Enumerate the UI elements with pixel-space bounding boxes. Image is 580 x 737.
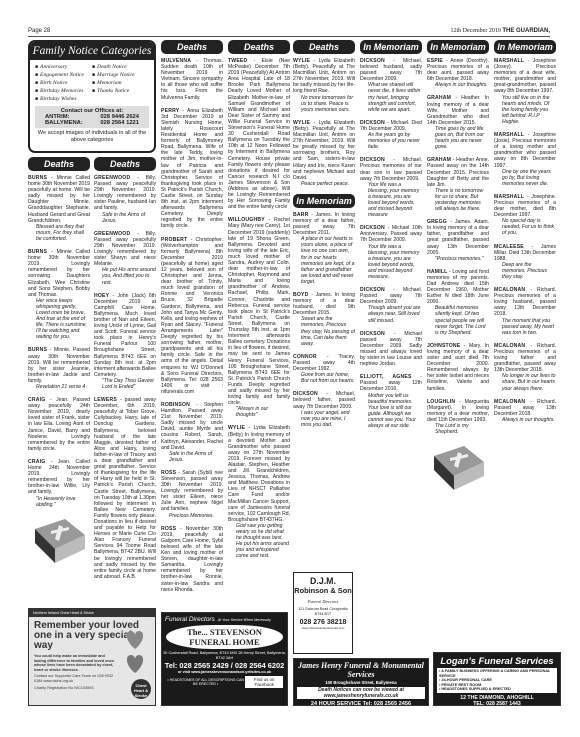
family-notice-categories: Family Notice Categories Anniversary Dea…	[28, 40, 156, 153]
notice-verse: Your life was a blessing, your memory a …	[360, 182, 422, 219]
section-heading: In Memoriam	[494, 40, 556, 54]
notice-text: - Michael passed away 7th December 2009.…	[360, 331, 422, 367]
ad-services: • A FAMILY BUSINESS OFFERING A CARING AN…	[437, 668, 557, 693]
notice-verse: No longer in our lives to share, But in …	[494, 373, 556, 391]
notice-verse: Always in our thoughts.	[494, 417, 556, 423]
notice: MCALEESE - James Millar. Died 13th Decem…	[494, 244, 556, 281]
notice: DICKSON - Michael, beloved husband, sadl…	[360, 58, 422, 113]
notice-name: DICKSON	[360, 157, 385, 163]
notice-text: - Loving and fond memories of my parents…	[427, 269, 489, 305]
ad-subtitle: Funeral Directors	[294, 599, 352, 604]
notice-name: CONNOR	[293, 354, 317, 360]
notice: ESPIE - Annie (Dorothy). Precious memori…	[427, 58, 489, 88]
notice-column: In MemoriamMARSHALL - Josephine (Josey).…	[494, 40, 556, 430]
notice-text: - Sarah (Sybil) nee Stevenson, passed aw…	[161, 470, 223, 513]
notice-verse: "Precious memories."	[427, 256, 489, 262]
images-note: We accept images of individuals in all o…	[30, 130, 154, 143]
notice-verse: I was your angel, and now you are mine, …	[293, 410, 355, 428]
notice-name: GRAHAM	[427, 157, 451, 163]
notice-verse: One by one the years go by, But loving m…	[494, 169, 556, 187]
notice-verse: Safe in the Arms of Jesus.	[94, 212, 156, 224]
notice-verse: Peace perfect peace.	[293, 181, 355, 187]
notice-name: CRAIG	[28, 459, 45, 465]
notice: MARSHALL - Josephine (Josie). Precious m…	[494, 132, 556, 187]
ad-phone: 028 276 38218	[294, 619, 352, 626]
contact-box: Contact our Offices at: ANTRIM:028 9446 …	[35, 106, 149, 128]
notice-verse: Precious Memories.	[161, 513, 223, 519]
notice: HOEY - John (Jack) 6th December 2019 at …	[94, 293, 156, 391]
notice-text: - Lydia Elizabeth (Betty). Peacefully at…	[293, 58, 355, 94]
ad-phone: 24 HOUR SERVICE Tel: 028 2565 2456	[294, 701, 428, 706]
notice-name: DICKSON	[360, 225, 385, 231]
notice-verse: There is no tomorrow for us to share, Bu…	[427, 188, 489, 212]
notice-text: - Mary. In loving memory of a dear siste…	[427, 343, 489, 392]
ad-name: Logan's Funeral Services	[434, 655, 560, 666]
bible-cross-icon	[29, 515, 89, 567]
notice-column: In MemoriamDICKSON - Michael, beloved hu…	[360, 40, 422, 436]
section-heading: Deaths	[293, 40, 355, 54]
notice: MCALONAN - Richard. Precious memories of…	[494, 287, 556, 336]
facebook-icon: Find us on Facebook	[245, 676, 283, 688]
notice-column: DeathsTWEED - Elsie (Nee McPeake) Decemb…	[228, 40, 290, 567]
notice-name: ROSS	[161, 470, 176, 476]
notice-text: - Anna Elizabeth 3rd December 2019 at Sl…	[161, 108, 223, 230]
notice-text: - Elsie (Nee McPeake) December 7th 2019 …	[228, 58, 290, 210]
notice: GREENWOOD - Billy. Passed away peacefull…	[94, 231, 156, 286]
page-header: Page 28 12th December 2019 THE GUARDIAN,	[28, 28, 550, 37]
notice-name: GREENWOOD	[94, 175, 130, 181]
notice-name: WYLIE	[293, 58, 310, 64]
section-heading: Deaths	[94, 157, 156, 171]
notice-text: - Christopher. (Wolverhampton and former…	[161, 237, 223, 395]
category-item: Marriage Notice	[92, 72, 149, 79]
category-item: Thanks Notice	[92, 88, 149, 95]
section-heading: In Memoriam	[360, 40, 422, 54]
notice: MARSHALL - Josephine (Josey). Precious m…	[494, 58, 556, 125]
notice: GRAHAM - Heather. In loving memory of a …	[427, 95, 489, 150]
notice: TWEED - Elsie (Nee McPeake) December 7th…	[228, 58, 290, 210]
ad-tagline: At Your Service When Necessary	[218, 618, 271, 622]
notice-column: DeathsMULVENNA - Thomas. Sudden death 10…	[161, 40, 223, 600]
notice-verse: Her voice keeps whispering gently, Loved…	[28, 298, 90, 341]
notice: GRAHAM - Heather Anne. Passed away on th…	[427, 157, 489, 212]
notice: DICKSON - Michael. Passed away 7th Decem…	[360, 287, 422, 324]
notice: GREGG - James. Adam. In loving memory of…	[427, 219, 489, 262]
notice-text: - November 30th 2019, peacefully at Galg…	[161, 526, 223, 593]
notice-name: DICKSON	[293, 391, 318, 397]
ad-name: FUNERAL HOME	[166, 637, 283, 647]
ad-name: James Henry Funeral & Monumental Service…	[294, 661, 428, 679]
page-number: Page 28	[28, 28, 50, 34]
masthead: 12th December 2019 THE GUARDIAN,	[451, 28, 551, 34]
notice-name: HOEY	[94, 293, 109, 299]
notice: HAMILL - Loving and fond memories of my …	[427, 269, 489, 336]
category-item: Engagement Notice	[35, 72, 92, 79]
notice: BURNS - Minnie Called home 30th November…	[28, 175, 90, 242]
category-item: Birth Notice	[35, 80, 92, 87]
notice: GREENWOOD - Billy. Passed away peacefull…	[94, 175, 156, 224]
ad-name: Robinson & Son	[294, 586, 352, 595]
notice-name: BARR	[293, 212, 309, 218]
notice-name: ROSS	[161, 526, 176, 532]
notice-text: - Josephine (Josey). Precious memories o…	[494, 58, 556, 94]
notice: DICKSON - Michael. Died 7th December 200…	[360, 120, 422, 150]
logans-funeral-ad: Logan's Funeral Services • A FAMILY BUSI…	[433, 652, 561, 706]
section-heading: Deaths	[28, 157, 90, 171]
notice-name: MCALONAN	[494, 399, 525, 405]
notice: WYLIE - Lydia Elizabeth (Betty). Peacefu…	[293, 120, 355, 187]
notice-text: - Rachel Mary (Mary nee Carey), 1st Dece…	[228, 217, 290, 406]
notice-name: ESPIE	[427, 58, 443, 64]
notice-text: - Lydia Elizabeth (Betty) In loving memo…	[228, 425, 290, 522]
notice-text: - Lydia Elizabeth (Betty). Peacefully at…	[293, 120, 355, 181]
service-line: • HEADSTONES SUPPLIED & ERECTED	[439, 687, 555, 692]
notice-verse: The Lord is my Shepherd.	[427, 423, 489, 435]
notice-column: DeathsWYLIE - Lydia Elizabeth (Betty). P…	[293, 40, 355, 435]
notice: MARSHALL - Josephine. Precious memories …	[494, 194, 556, 237]
notice-name: GRAHAM	[427, 95, 451, 101]
notice: BURNS - Minnie Called home 30th November…	[28, 249, 90, 340]
section-heading: In Memoriam	[293, 194, 355, 208]
ad-address: 100 Broughshane Street, Ballymena	[294, 680, 428, 685]
notice: PERRY - Anna Elizabeth 3rd December 2019…	[161, 108, 223, 230]
notice-name: MCALEESE	[494, 244, 524, 250]
categories-title: Family Notice Categories	[30, 42, 154, 60]
category-item: Birthday Memories	[35, 88, 92, 95]
notice: BOYD - James. In loving memory of a dear…	[293, 292, 355, 347]
ad-address: 121 Galcrum Road Cloughmills BT44 9DT	[294, 607, 352, 616]
notice-verse: Revelation 21 verse 4	[28, 384, 90, 390]
notice-verse: Though absent you are always near, Still…	[360, 305, 422, 323]
notice-name: DICKSON	[360, 331, 385, 337]
notice: WILLOUGHBY - Rachel Mary (Mary nee Carey…	[228, 217, 290, 418]
ad-address: 30 Cushendall Road, Ballymena, BT43 6HD …	[162, 651, 287, 660]
ad-website: Death Notices can now be viewed at www.j…	[297, 687, 425, 699]
notice-text: - John (Jack) 6th December 2019 at Camph…	[94, 293, 156, 378]
notice-verse: What we shared will never die, it lives …	[360, 82, 422, 112]
notice: MCALONAN - Richard. Passed away 13th Dec…	[494, 399, 556, 423]
ad-phone: Tel: 028 2565 2429 / 028 2564 6202	[162, 661, 287, 670]
notice: ROSS - November 30th 2019, peacefully at…	[161, 526, 223, 593]
ad-website: or visit www.jamesstevensonandson.yellsi…	[162, 670, 287, 674]
notice-name: PROBERT	[161, 237, 187, 243]
notice: WYLIE - Lydia Elizabeth (Betty) In lovin…	[228, 425, 290, 559]
office-row: BALLYMENA:028 2564 1221	[41, 120, 143, 126]
notice-name: BURNS	[28, 249, 47, 255]
notice-text: - passed away December, 6th 2019, peacef…	[94, 397, 156, 580]
djm-robinson-ad: D.J.M. Robinson & Son Funeral Directors …	[293, 572, 353, 654]
notice: CRAIG - Jean. Called Home 24th November …	[28, 459, 90, 508]
office-phone: 028 2564 1221	[100, 120, 139, 126]
notice-name: LEWERS	[94, 397, 117, 403]
notice-verse: A place in our hearts is yours alone, a …	[293, 236, 355, 285]
notice: ELLIOTT, AGNES - Passed away 12th Decemb…	[360, 374, 422, 429]
notice-verse: Your life was a blessing, your memory a …	[360, 244, 422, 281]
notice-text: - James. Adam. In loving memory of a dea…	[427, 219, 489, 255]
notice-verse: Always in our thoughts.	[427, 82, 489, 88]
notice-name: BURNS	[28, 347, 47, 353]
notice-name: TWEED	[228, 58, 247, 64]
ad-label: Funeral DirectorsAt Your Service When Ne…	[162, 613, 287, 625]
section-heading: Deaths	[228, 40, 290, 54]
issue-date: 12th December 2019	[451, 28, 501, 34]
notice-name: PERRY	[161, 108, 179, 114]
notice: CONNOR - Tracey. Passed away 4th Decembe…	[293, 354, 355, 384]
notice-name: WYLIE	[293, 120, 310, 126]
notice: DICKSON - Michael. Precious memories of …	[360, 157, 422, 218]
notice-text: - Jean. Called Home 24th November 2019. …	[28, 459, 90, 495]
notice-column: In MemoriamESPIE - Annie (Dorothy). Prec…	[427, 40, 489, 494]
notice-verse: No more tomorrows for us to share. Peace…	[293, 95, 355, 113]
ad-name-oval: The... STEVENSONFUNERAL HOME	[166, 625, 283, 649]
notice-verse: You still live on in the hearts and mind…	[494, 95, 556, 125]
category-item: Death Notice	[92, 64, 149, 71]
category-list: Anniversary Death Notice Engagement Noti…	[30, 60, 154, 103]
notice-verse: As the years go by memories of you never…	[360, 132, 422, 150]
notice-verse: Mother you left us beautiful memories. Y…	[360, 393, 422, 430]
ad-org: Northern Ireland Chest Heart & Stroke	[29, 609, 155, 617]
notice: DICKSON - Michael 10th Anniversary. Pass…	[360, 225, 422, 280]
notice-verse: No special day is needed, For us to thin…	[494, 218, 556, 236]
notice-name: GREGG	[427, 219, 447, 225]
notice-verse: "Always in our thoughts"	[228, 406, 290, 418]
chs-logo: Chest Heart & Stroke	[131, 679, 151, 699]
notice-name: WILLOUGHBY	[228, 217, 265, 223]
notice-name: MARSHALL	[494, 58, 524, 64]
headstones-note: • HEADSTONES OF ALL DESCRIPTIONS CAN BE …	[166, 678, 245, 686]
notice-name: WYLIE	[228, 425, 245, 431]
notice-verse: Safe in the Arms of Jesus.	[161, 451, 223, 463]
ad-name: The... STEVENSON	[166, 627, 283, 637]
notice-verse: God saw you getting weary so he did what…	[228, 523, 290, 560]
notice-name: CRAIG	[28, 397, 45, 403]
hearts-icon	[121, 627, 149, 677]
notice: LEWERS - passed away December, 6th 2019,…	[94, 397, 156, 580]
ad-body: You could help make an immediate and las…	[34, 654, 115, 672]
notice: ROBINSON - Stephen Hamilton. Passed away…	[161, 402, 223, 463]
stevenson-funeral-home-ad: Funeral DirectorsAt Your Service When Ne…	[161, 612, 288, 706]
notice-verse: Time goes by and life goes on, But from …	[427, 126, 489, 150]
notice-name: GREENWOOD	[94, 231, 130, 237]
category-item: Memoriam	[92, 80, 149, 87]
office-name: BALLYMENA:	[45, 120, 83, 126]
notice-name: HAMILL	[427, 269, 447, 275]
chest-heart-stroke-ad: Northern Ireland Chest Heart & Stroke Re…	[28, 608, 156, 706]
notice-verse: Sweet are the memories, Precious they st…	[293, 316, 355, 346]
notice-name: BURNS	[28, 175, 47, 181]
notice-text: - Josephine (Josie). Precious memories o…	[494, 132, 556, 168]
notice-name: MARSHALL	[494, 194, 524, 200]
notice-name: MCALONAN	[494, 343, 525, 349]
notice: MCALONAN - Richard. Precious memories of…	[494, 343, 556, 392]
notice-name: BOYD	[293, 292, 309, 298]
notice-verse: "The Day Thou Gavest Lord is Ended"	[94, 378, 156, 390]
notice-text: - Thomas. Sudden death 10th of November …	[161, 58, 223, 101]
notice-verse: He put His arms around you, And lifted y…	[94, 267, 156, 285]
notice: DICKSON - Michael passed away 7th Decemb…	[360, 331, 422, 368]
ad-footer: • HEADSTONES OF ALL DESCRIPTIONS CAN BE …	[162, 674, 287, 690]
notice: LOUGHLIN - Marguerita (Margaret). In lov…	[427, 399, 489, 436]
ad-website: www.robinsonandsonfunerals.com	[294, 626, 352, 630]
notice-name: ELLIOTT, AGNES	[360, 374, 412, 380]
notice-name: ROBINSON	[161, 402, 190, 408]
notice-verse: Beautiful memories silently kept. Of two…	[427, 305, 489, 335]
notice-name: DICKSON	[360, 287, 385, 293]
notice: WYLIE - Lydia Elizabeth (Betty). Peacefu…	[293, 58, 355, 113]
notice-name: MULVENNA	[161, 58, 191, 64]
notice-name: DICKSON	[360, 58, 385, 64]
notice-name: MCALONAN	[494, 287, 525, 293]
section-heading: In Memoriam	[427, 40, 489, 54]
notice-verse: Deep are the memories, Precious they sta…	[494, 262, 556, 280]
notice-verse: Gone from our home, But not from our hea…	[293, 372, 355, 384]
ad-phone: TEL: 028 2587 1443	[434, 701, 560, 706]
notice-column: DeathsGREENWOOD - Billy. Passed away pea…	[94, 157, 156, 587]
notice-verse: The moment that you passed away, My hear…	[494, 318, 556, 336]
bible-cross-icon	[428, 442, 488, 494]
service-line: • A FAMILY BUSINESS OFFERING A CARING AN…	[439, 669, 555, 678]
category-item: Anniversary	[35, 64, 92, 71]
notice-text: - Minnie Called home 30th November 2019 …	[28, 175, 90, 224]
notice: CRAIG - Jean. Passed away peacefully 24t…	[28, 397, 90, 452]
category-item: Birthday Wishes	[35, 96, 92, 103]
notice-text: - Minnie Called home 30th November 2019.…	[28, 249, 90, 298]
notice: BURNS - Minnie. Passed away 30th Novembe…	[28, 347, 90, 390]
notice-text: - Stephen Hamilton. Passed away 21st Nov…	[161, 402, 223, 451]
notice-verse: Blessed are they that mourn, For they sh…	[28, 224, 90, 242]
notice: BARR - James. In loving memory of a dear…	[293, 212, 355, 285]
notice: MULVENNA - Thomas. Sudden death 10th of …	[161, 58, 223, 101]
notice-text: - Jean. Passed away peacefully 24th Nove…	[28, 397, 90, 452]
notice: DICKSON - Michael, beloved father, passe…	[293, 391, 355, 428]
paper-name: THE GUARDIAN,	[502, 28, 550, 34]
notice-text: - Billy. Passed away peacefully 29th Nov…	[94, 231, 156, 267]
ad-contact: Contact our Supporter Care Team on 028 9…	[34, 674, 115, 683]
notice-text: - Billy. Passed away peacefully 29th Nov…	[94, 175, 156, 211]
notice-column: DeathsBURNS - Minnie Called home 30th No…	[28, 157, 90, 567]
funeral-directors-label: Funeral Directors	[165, 616, 215, 623]
notice-text: - Minnie. Passed away 30th November 2019…	[28, 347, 90, 383]
ad-charity: Charity Registration No NIC103593	[34, 686, 115, 691]
notice: ROSS - Sarah (Sybil) nee Stevenson, pass…	[161, 470, 223, 519]
notice: PROBERT - Christopher. (Wolverhampton an…	[161, 237, 223, 395]
notice-name: DICKSON	[360, 120, 385, 126]
ad-name: D.J.M.	[294, 577, 352, 586]
notice-verse: "In Heavenly love abiding."	[28, 496, 90, 508]
notice-name: JOHNSTONE	[427, 343, 460, 349]
james-henry-ad: James Henry Funeral & Monumental Service…	[293, 658, 429, 706]
notice-name: LOUGHLIN	[427, 399, 455, 405]
section-heading: Deaths	[161, 40, 223, 54]
notice: JOHNSTONE - Mary. In loving memory of a …	[427, 343, 489, 392]
notice-name: MARSHALL	[494, 132, 524, 138]
